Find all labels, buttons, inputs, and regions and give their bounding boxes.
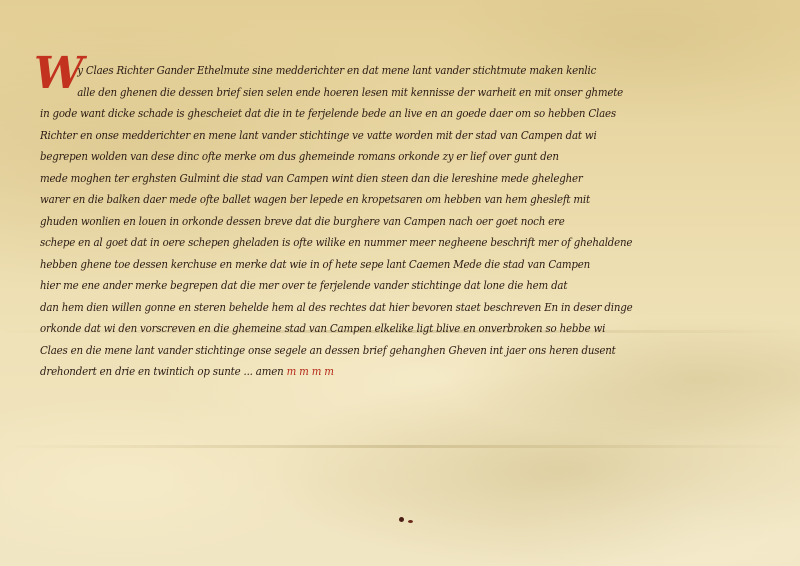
text-line: alle den ghenen die dessen brief sien se… xyxy=(40,82,691,104)
text-line: Richter en onse medderichter en mene lan… xyxy=(40,125,691,147)
charter-text: W y Claes Richter Gander Ethelmute sine … xyxy=(40,60,740,383)
text-line: in gode want dicke schade is ghescheiet … xyxy=(40,103,691,125)
rubricated-marks: m m m m xyxy=(287,365,334,378)
text-line: hier me ene ander merke begrepen dat die… xyxy=(40,275,691,297)
text-line: warer en die balken daer mede ofte balle… xyxy=(40,189,691,211)
ink-spot xyxy=(399,517,404,522)
text-line: y Claes Richter Gander Ethelmute sine me… xyxy=(40,60,691,82)
text-line: orkonde dat wi den vorscreven en die ghe… xyxy=(40,318,691,340)
text-line: schepe en al goet dat in oere schepen gh… xyxy=(40,232,691,254)
text-line: drehondert en drie en twintich op sunte … xyxy=(40,361,431,383)
text-line: begrepen wolden van dese dinc ofte merke… xyxy=(40,146,691,168)
text-line: mede moghen ter erghsten Gulmint die sta… xyxy=(40,168,691,190)
closing-text: drehondert en drie en twintich op sunte … xyxy=(40,365,284,378)
text-line: dan hem dien willen gonne en steren behe… xyxy=(40,297,691,319)
text-line: ghuden wonlien en louen in orkonde desse… xyxy=(40,211,691,233)
text-line: hebben ghene toe dessen kerchuse en merk… xyxy=(40,254,691,276)
fold-crease xyxy=(0,445,800,448)
ink-spot xyxy=(408,520,413,523)
text-line: Claes en die mene lant vander stichtinge… xyxy=(40,340,691,362)
